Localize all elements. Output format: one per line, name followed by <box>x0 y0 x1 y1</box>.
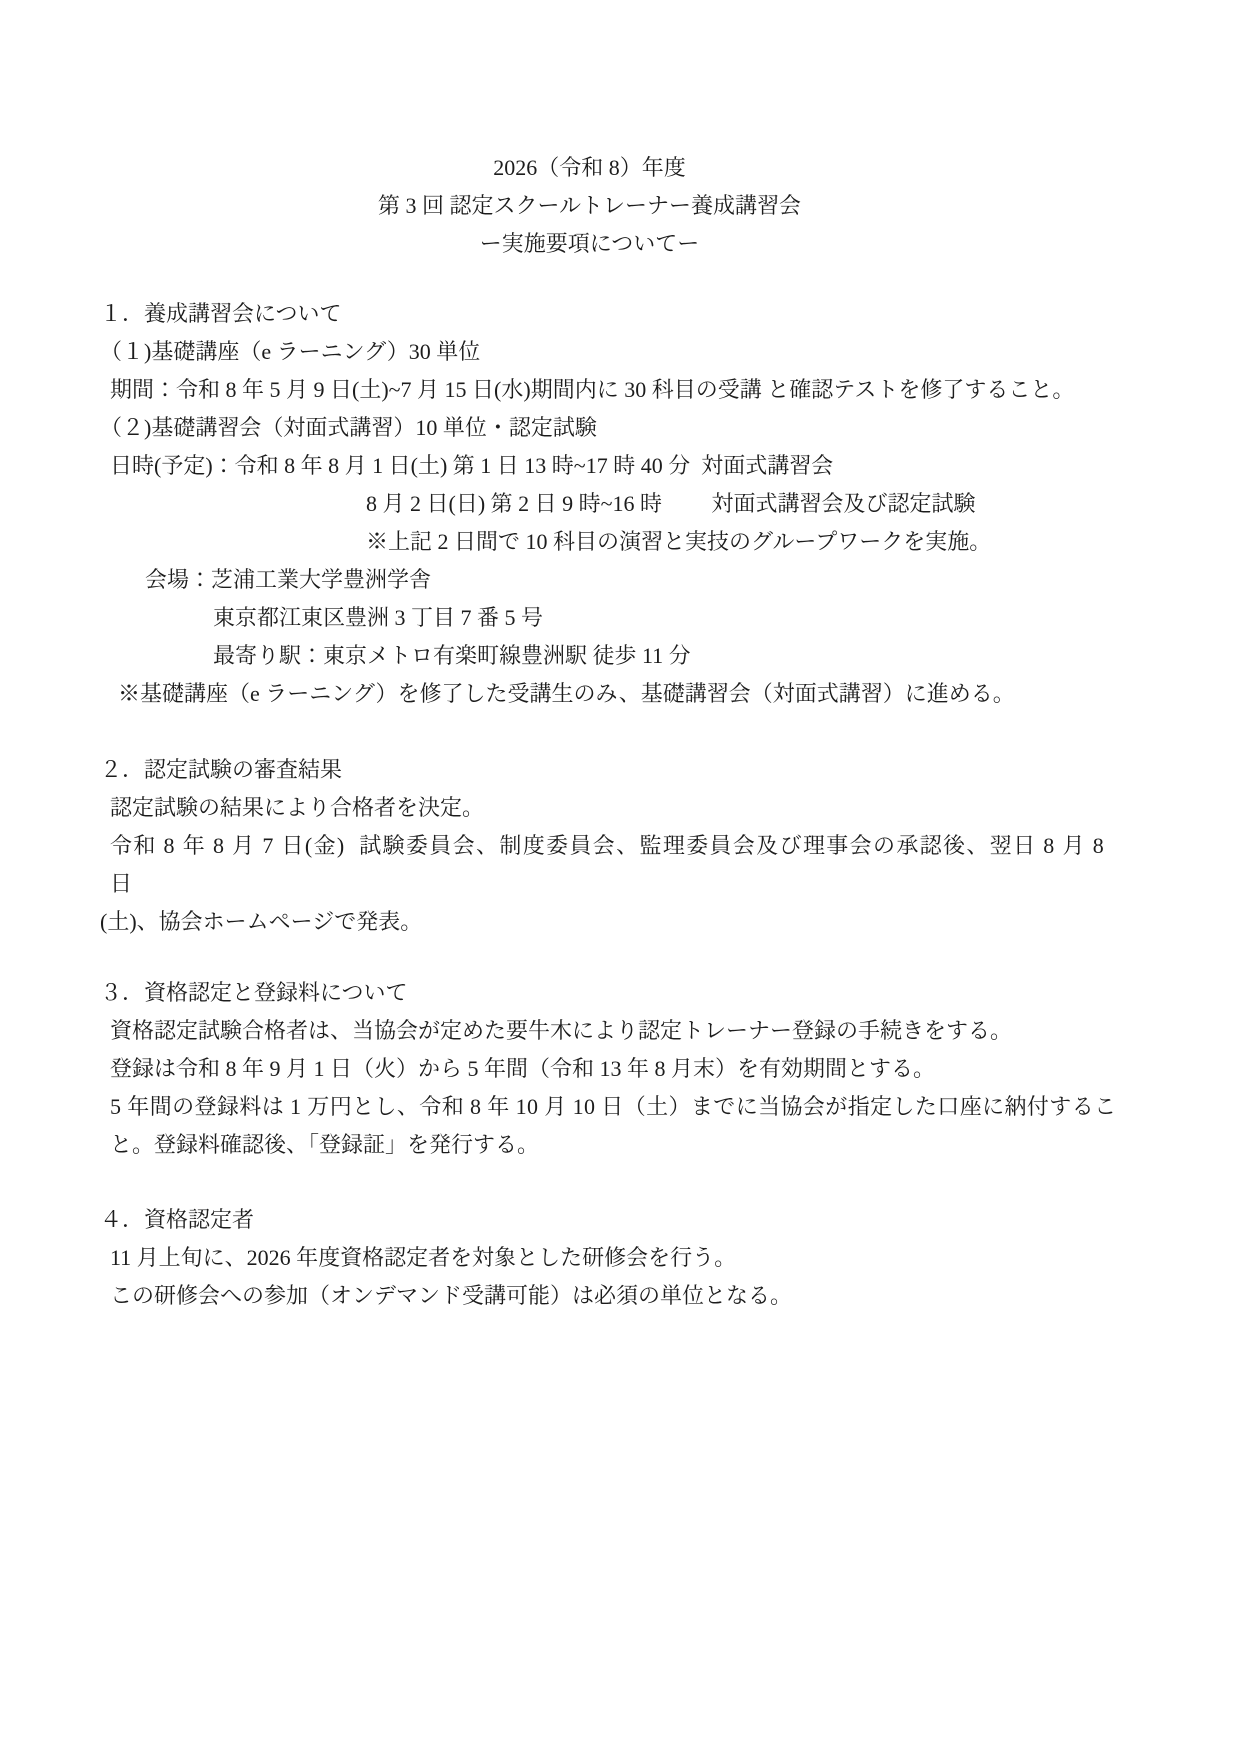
result-announcement-line-2: (土)、協会ホームページで発表。 <box>100 903 1135 941</box>
section2-heading: ２．認定試験の審査結果 <box>100 751 1135 789</box>
workshop-groupwork-note: ※上記 2 日間で 10 科目の演習と実技のグループワークを実施。 <box>100 523 1135 561</box>
section-training-course: １．養成講習会について （１)基礎講座（e ラーニング）30 単位 期間：令和 … <box>100 295 1135 713</box>
item-workshop: （２)基礎講習会（対面式講習）10 単位・認定試験 <box>100 409 1135 447</box>
title-fiscal-year: 2026（令和 8）年度 <box>100 149 1079 187</box>
elearning-completion-note: ※基礎講座（e ラーニング）を修了した受講生のみ、基礎講習会（対面式講習）に進め… <box>100 675 1135 713</box>
venue-line: 会場：芝浦工業大学豊洲学舎 <box>100 561 1135 599</box>
title-course-name: 第 3 回 認定スクールトレーナー養成講習会 <box>100 187 1079 225</box>
venue-address: 東京都江東区豊洲 3 丁目 7 番 5 号 <box>100 599 1135 637</box>
document-page: 2026（令和 8）年度 第 3 回 認定スクールトレーナー養成講習会 ー実施要… <box>0 0 1241 1755</box>
section4-heading: ４．資格認定者 <box>100 1201 1135 1239</box>
section-exam-results: ２．認定試験の審査結果 認定試験の結果により合格者を決定。 令和 8 年 8 月… <box>100 751 1135 941</box>
venue-station: 最寄り駅：東京メトロ有楽町線豊洲駅 徒歩 11 分 <box>100 637 1135 675</box>
registration-procedure-line: 資格認定試験合格者は、当協会が定めた要牛木により認定トレーナー登録の手続きをする… <box>100 1012 1135 1050</box>
section3-heading: ３．資格認定と登録料について <box>100 974 1135 1012</box>
section1-heading: １．養成講習会について <box>100 295 1135 333</box>
section-certified-persons: ４．資格認定者 11 月上旬に、2026 年度資格認定者を対象とした研修会を行う… <box>100 1201 1135 1315</box>
workshop-datetime-day1: 日時(予定)：令和 8 年 8 月 1 日(土) 第 1 日 13 時~17 時… <box>100 447 1135 485</box>
section-certification-fee: ３．資格認定と登録料について 資格認定試験合格者は、当協会が定めた要牛木により認… <box>100 974 1135 1164</box>
result-announcement-line-1: 令和 8 年 8 月 7 日(金) 試験委員会、制度委員会、監理委員会及び理事会… <box>100 827 1135 903</box>
registration-fee-line-1: 5 年間の登録料は 1 万円とし、令和 8 年 10 月 10 日（土）までに当… <box>100 1088 1135 1126</box>
workshop-datetime-day2: 8 月 2 日(日) 第 2 日 9 時~16 時 対面式講習会及び認定試験 <box>100 485 1135 523</box>
document-title-block: 2026（令和 8）年度 第 3 回 認定スクールトレーナー養成講習会 ー実施要… <box>100 149 1135 263</box>
registration-period-line: 登録は令和 8 年 9 月 1 日（火）から 5 年間（令和 13 年 8 月末… <box>100 1050 1135 1088</box>
title-subtitle: ー実施要項についてー <box>100 225 1079 263</box>
result-decision-line: 認定試験の結果により合格者を決定。 <box>100 789 1135 827</box>
registration-fee-line-2: と。登録料確認後、「登録証」を発行する。 <box>100 1126 1135 1164</box>
item-basic-course: （１)基礎講座（e ラーニング）30 単位 <box>100 333 1135 371</box>
training-session-line: 11 月上旬に、2026 年度資格認定者を対象とした研修会を行う。 <box>100 1239 1135 1277</box>
item-basic-course-period: 期間：令和 8 年 5 月 9 日(土)~7 月 15 日(水)期間内に 30 … <box>100 371 1135 409</box>
training-requirement-line: この研修会への参加（オンデマンド受講可能）は必須の単位となる。 <box>100 1277 1135 1315</box>
